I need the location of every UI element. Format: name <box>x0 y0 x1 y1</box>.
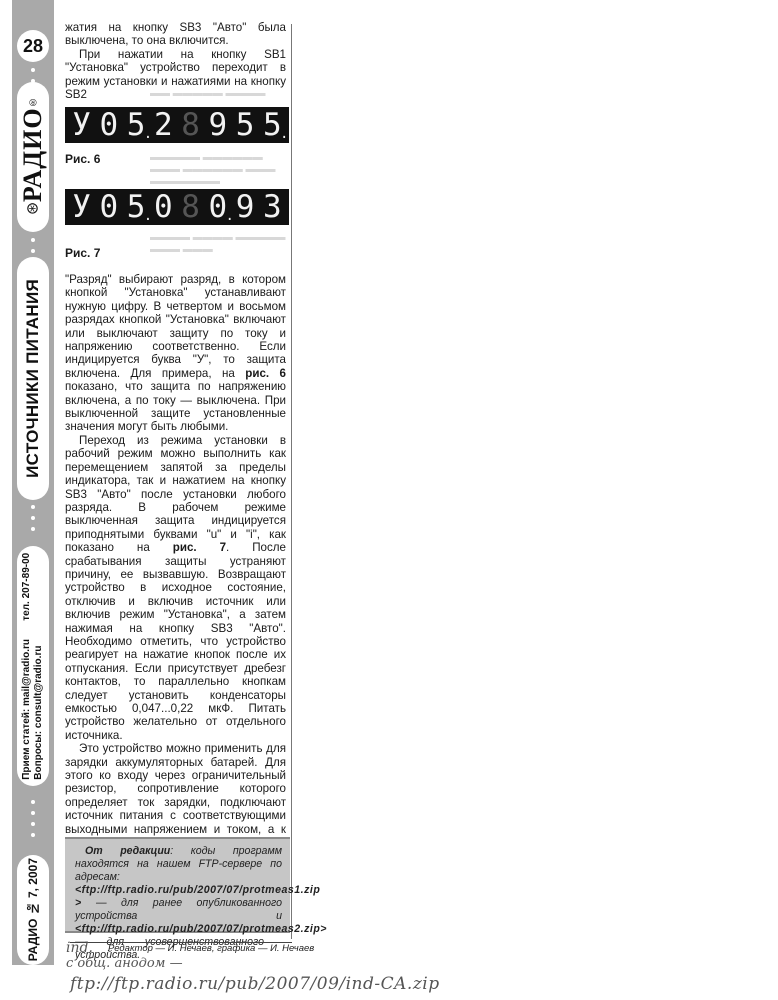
display-digit: 5. <box>124 107 148 143</box>
display-digit: 2 <box>151 107 175 143</box>
article-body: "Разряд" выбирают разряд, в котором кноп… <box>65 273 286 903</box>
contacts-pill: Прием статей: mail@radio.ru Вопросы: con… <box>17 546 49 786</box>
display-digit: 0 <box>97 189 121 225</box>
editor-note-label: От редакции <box>85 845 170 857</box>
display-digit: 5. <box>124 189 148 225</box>
credits: Редактор — И. Нечаев, графика — И. Нечае… <box>108 943 314 954</box>
dot-separator <box>31 505 35 538</box>
paragraph: "Разряд" выбирают разряд, в котором кноп… <box>65 273 286 434</box>
figure-caption-7: Рис. 7 <box>65 246 100 260</box>
contact-questions: Вопросы: consult@radio.ru <box>33 639 45 780</box>
display-digit: 0 <box>97 107 121 143</box>
paragraph: жатия на кнопку SB3 "Авто" была выключен… <box>65 21 286 48</box>
display-digit: У <box>70 107 94 143</box>
display-digit: 3 <box>260 189 284 225</box>
registered-mark: ® <box>28 96 39 107</box>
bleed-through: ▬▬ ▬▬▬▬▬ ▬▬▬▬ <box>150 88 290 106</box>
radio-emblem-icon: ⊛ <box>24 202 43 215</box>
seven-segment-display-fig6: У 0 5. 2 8 9 5 5. <box>65 107 289 143</box>
section-title: ИСТОЧНИКИ ПИТАНИЯ <box>23 279 43 478</box>
figure-caption-6: Рис. 6 <box>65 152 100 166</box>
display-digit: 9 <box>233 189 257 225</box>
display-digit: 0 <box>151 189 175 225</box>
magazine-logo: РАДИО <box>18 107 48 202</box>
display-digit: 9 <box>206 107 230 143</box>
display-digit: 5 <box>233 107 257 143</box>
editor-note-box: От редакции: коды программ находятся на … <box>65 837 290 933</box>
handwritten-note: с общ. анодом — <box>66 956 183 971</box>
display-digit: У <box>70 189 94 225</box>
paragraph: Переход из режима установки в рабочий ре… <box>65 434 286 742</box>
dot-separator <box>31 800 35 844</box>
ftp-link-protmeas2[interactable]: <ftp://ftp.radio.ru/pub/2007/07/protmeas… <box>75 923 327 935</box>
logo-pill: ⊛ РАДИО ® <box>17 82 49 232</box>
display-digit: 5. <box>260 107 284 143</box>
display-digit-blank: 8 <box>179 107 203 143</box>
page-number: 28 <box>17 30 49 62</box>
section-pill: ИСТОЧНИКИ ПИТАНИЯ <box>17 257 49 500</box>
seven-segment-display-fig7: У 0 5. 0 8 0. 9 3 <box>65 189 289 225</box>
handwritten-ftp-url: ftp://ftp.radio.ru/pub/2007/09/ind-CA.zi… <box>70 974 440 994</box>
bleed-through: ▬▬▬▬ ▬▬▬▬ ▬▬▬▬▬ ▬▬▬ ▬▬▬ <box>150 232 290 258</box>
display-digit-blank: 8 <box>179 189 203 225</box>
column-divider <box>291 24 292 939</box>
bleed-through: ▬▬▬▬▬ ▬▬▬▬▬▬ ▬▬▬ ▬▬▬▬▬▬ ▬▬▬ ▬▬▬▬▬▬▬ <box>150 152 290 186</box>
contact-articles: Прием статей: mail@radio.ru <box>21 639 33 780</box>
figure-reference: рис. 6 <box>245 367 286 380</box>
issue-pill: РАДИО № 7, 2007 <box>17 855 49 965</box>
contact-phone: тел. 207-89-00 <box>21 553 32 621</box>
display-digit: 0. <box>206 189 230 225</box>
handwritten-note: ind. <box>66 940 93 956</box>
figure-reference: рис. 7 <box>173 541 226 554</box>
issue-label: РАДИО № 7, 2007 <box>26 858 40 961</box>
